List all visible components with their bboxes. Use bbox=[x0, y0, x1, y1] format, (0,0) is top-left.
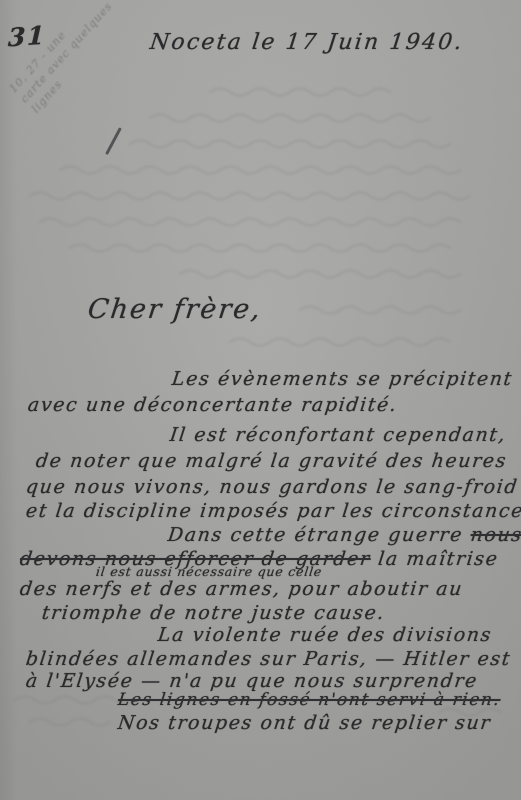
struck-text: nous bbox=[469, 524, 521, 546]
body-line: La violente ruée des divisions bbox=[157, 624, 494, 646]
salutation: Cher frère, bbox=[86, 294, 264, 325]
body-text: la maîtrise bbox=[377, 548, 500, 570]
body-line: et la discipline imposés par les circons… bbox=[25, 500, 521, 522]
ghost-line bbox=[300, 307, 460, 314]
dateline: Noceta le 17 Juin 1940. bbox=[148, 30, 465, 55]
ghost-line bbox=[30, 193, 470, 200]
interline-insertion: il est aussi nécessaire que celle bbox=[95, 564, 323, 579]
body-line: Dans cette étrange guerre nous bbox=[167, 524, 521, 546]
struck-line: Les lignes en fossé n'ont servi à rien. bbox=[117, 690, 502, 710]
body-line: Nos troupes ont dû se replier sur bbox=[117, 712, 493, 734]
ghost-line bbox=[40, 219, 460, 226]
ghost-line bbox=[30, 719, 110, 726]
letter-page: 31 10, 27 - une carte avec quelques lign… bbox=[0, 0, 521, 800]
ghost-line bbox=[180, 271, 460, 278]
ghost-line bbox=[150, 115, 430, 122]
body-text: Dans cette étrange guerre bbox=[167, 524, 465, 546]
body-line: triomphe de notre juste cause. bbox=[41, 602, 387, 624]
ghost-line bbox=[210, 89, 390, 96]
ghost-line bbox=[230, 339, 450, 346]
ghost-line bbox=[70, 245, 450, 252]
body-line: que nous vivons, nous gardons le sang-fr… bbox=[25, 476, 520, 498]
ghost-line bbox=[60, 167, 460, 174]
body-line: blindées allemandes sur Paris, — Hitler … bbox=[25, 648, 513, 670]
body-line: Les évènements se précipitent bbox=[171, 368, 515, 390]
ghost-line bbox=[130, 141, 450, 148]
body-line: des nerfs et des armes, pour aboutir au bbox=[19, 578, 465, 600]
body-line: Il est réconfortant cependant, bbox=[169, 424, 508, 446]
body-line: à l'Elysée — n'a pu que nous surprendre bbox=[25, 670, 480, 692]
body-line: avec une déconcertante rapidité. bbox=[27, 394, 399, 416]
body-line: de noter que malgré la gravité des heure… bbox=[35, 450, 509, 472]
